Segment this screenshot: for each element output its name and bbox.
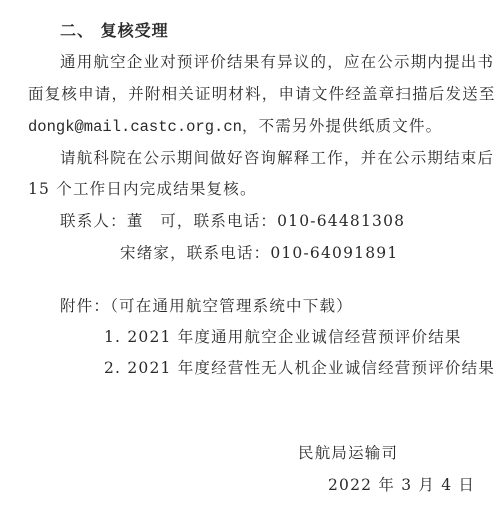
phone-number: 010-64481308 [277,212,405,230]
attachment-item-2: 2. 2021 年度经营性无人机企业诚信经营预评价结果 [104,358,495,378]
email-link[interactable]: dongk@mail.castc.org.cn [28,118,242,136]
phone-number: 010-64091891 [270,244,398,262]
paragraph2-line2: 15 个工作日内完成结果复核。 [28,179,257,199]
attachment-item-1: 1. 2021 年度通用航空企业诚信经营预评价结果 [104,327,462,347]
paragraph2-line1: 请航科院在公示期间做好咨询解释工作，并在公示期结束后 [60,148,494,168]
phone-label: ，联系电话： [177,212,277,230]
contact-name: 董 可 [127,212,177,230]
signature-organization: 民航局运输司 [298,443,398,463]
contact-row-2: 宋绪家，联系电话：010-64091891 [120,243,398,263]
phone-label: ，联系电话： [170,244,270,262]
paragraph1-line1: 通用航空企业对预评价结果有异议的，应在公示期内提出书 [60,52,494,72]
paragraph1-line2: 面复核申请，并附相关证明材料，申请文件经盖章扫描后发送至 [28,84,496,104]
contact-label: 联系人： [60,212,127,230]
paragraph1-line3: dongk@mail.castc.org.cn，不需另外提供纸质文件。 [28,116,442,137]
section-heading: 二、 复核受理 [60,21,169,41]
contact-row-1: 联系人：董 可，联系电话：010-64481308 [60,211,405,231]
paragraph1-line3-rest: ，不需另外提供纸质文件。 [242,117,442,135]
attachments-label: 附件：（可在通用航空管理系统中下载） [60,296,353,316]
contact-name: 宋绪家 [120,244,170,262]
signature-date: 2022 年 3 月 4 日 [328,475,475,495]
